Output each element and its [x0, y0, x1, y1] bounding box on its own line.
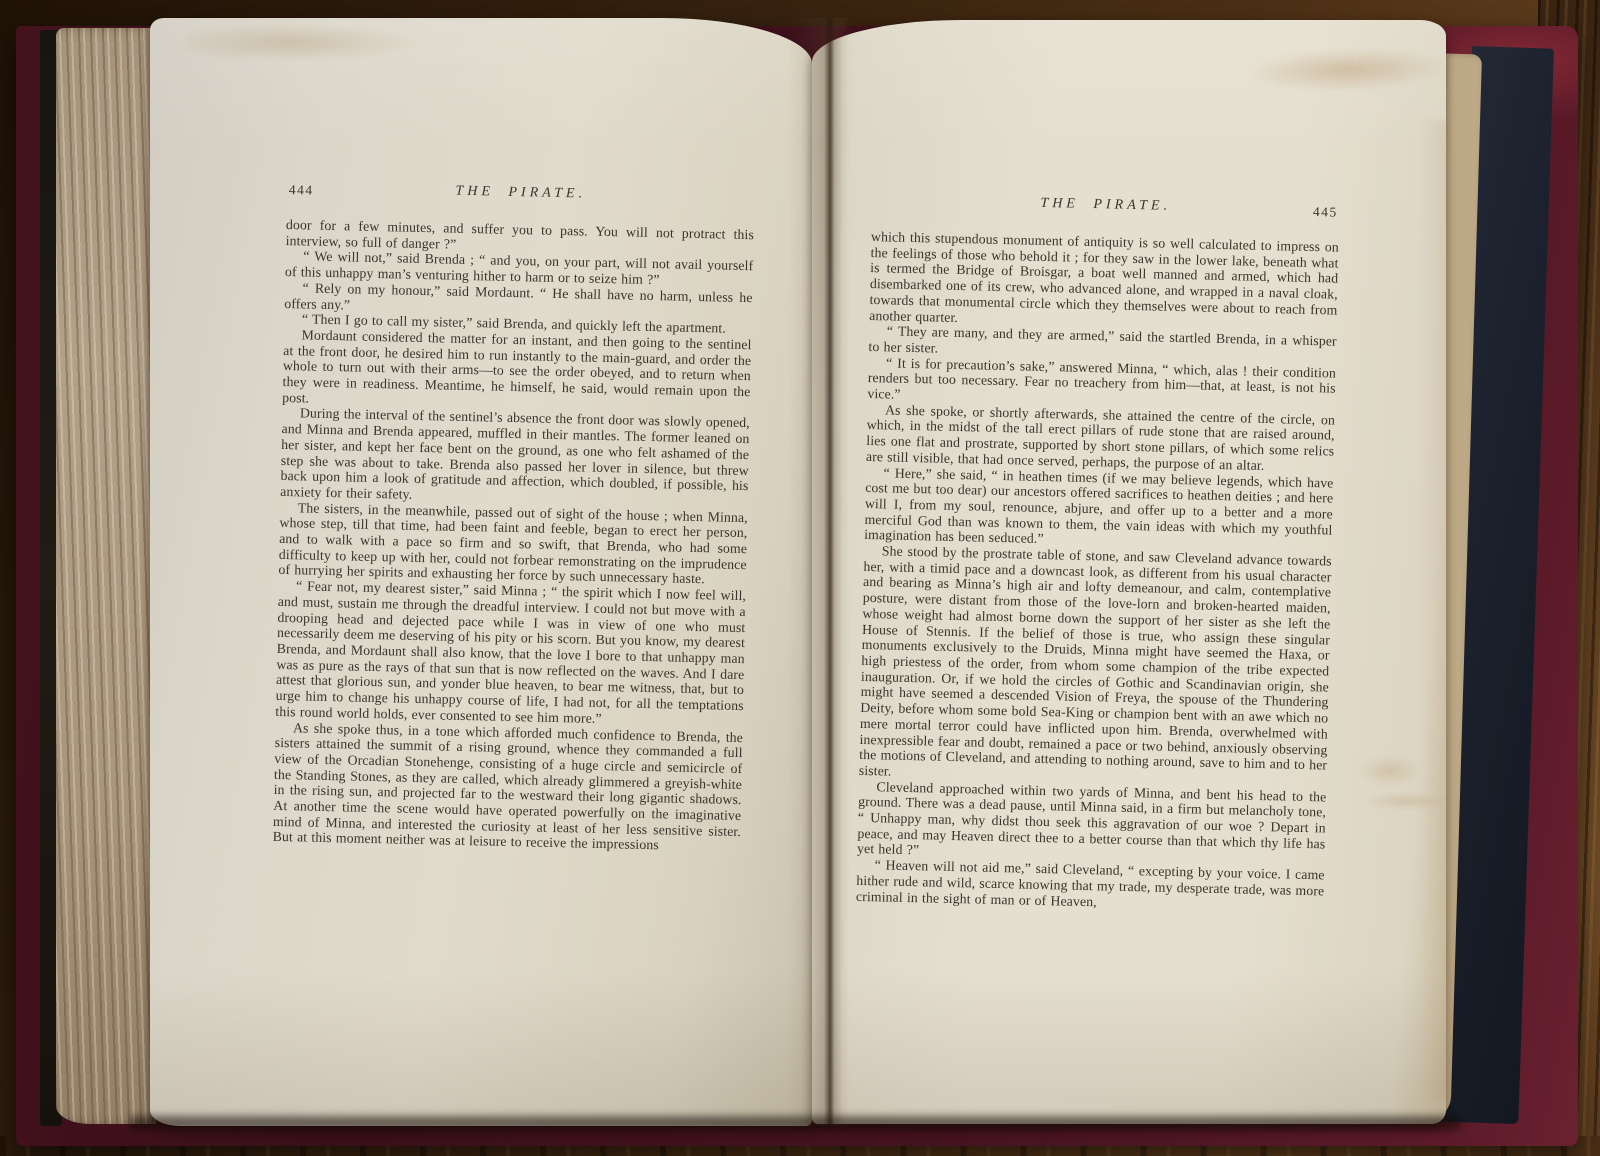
paragraph: “ Fear not, my dearest sister,” said Min… — [275, 578, 746, 730]
right-page-text-block: THE PIRATE. 445 which this stupendous mo… — [856, 192, 1340, 915]
paragraph: As she spoke, or shortly afterwards, she… — [866, 402, 1335, 475]
paragraph: The sisters, in the meanwhile, passed ou… — [278, 500, 748, 589]
paragraph: “ Here,” she said, “ in heathen times (i… — [864, 464, 1334, 553]
book-photo-scene: 444 THE PIRATE. door for a few minutes, … — [0, 0, 1600, 1156]
page-stack-edge-left — [56, 28, 156, 1124]
left-page-text-block: 444 THE PIRATE. door for a few minutes, … — [272, 180, 754, 855]
paragraph: She stood by the prostrate table of ston… — [859, 543, 1332, 789]
page-number-right: 445 — [1313, 204, 1338, 221]
right-page-paragraphs: which this stupendous monument of antiqu… — [856, 229, 1339, 915]
paragraph: As she spoke thus, in a tone which affor… — [272, 719, 743, 855]
paragraph: which this stupendous monument of antiqu… — [869, 229, 1339, 334]
book-bottom-shadow — [130, 1116, 1460, 1130]
left-page-paragraphs: door for a few minutes, and suffer you t… — [272, 217, 754, 855]
paragraph: Mordaunt considered the matter for an in… — [282, 327, 752, 416]
paragraph: Cleveland approached within two yards of… — [857, 778, 1327, 867]
paragraph: During the interval of the sentinel’s ab… — [280, 405, 750, 509]
